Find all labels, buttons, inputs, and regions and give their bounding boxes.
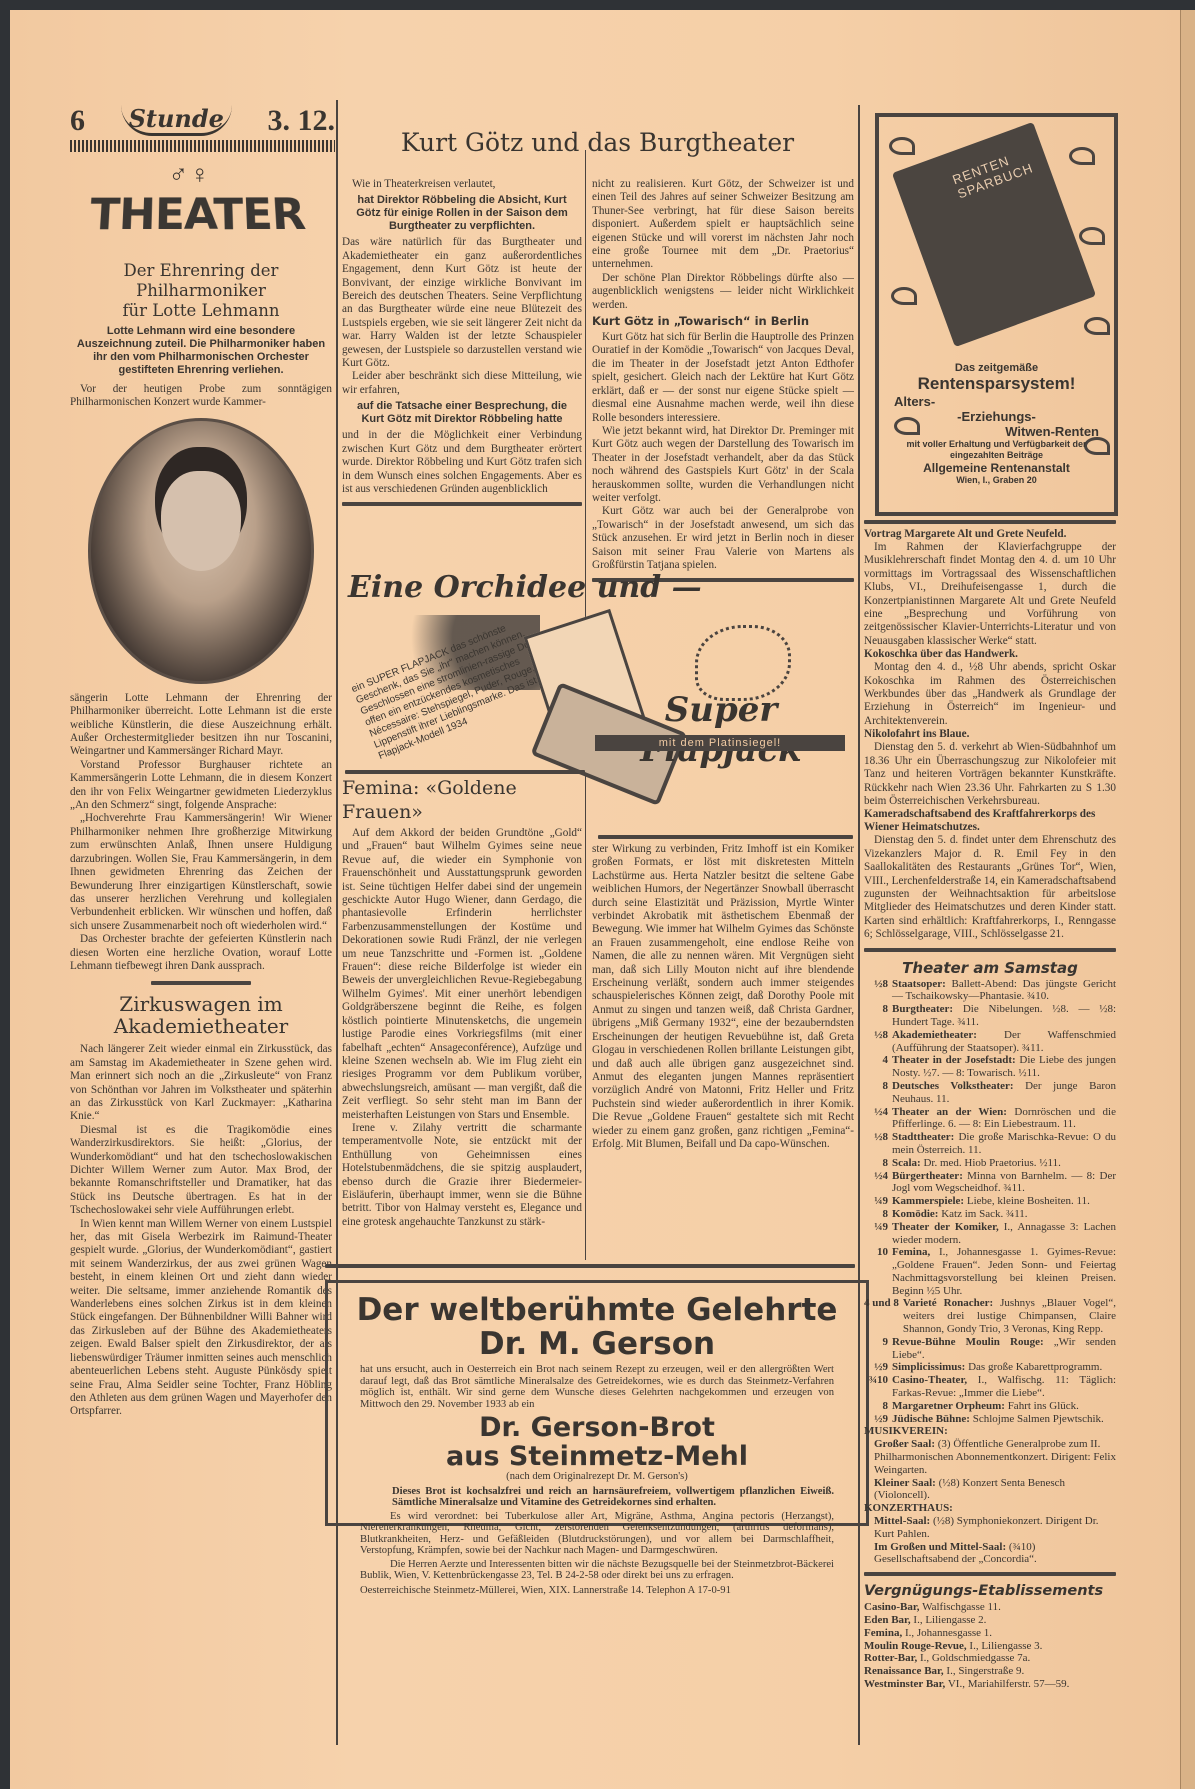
ad-line: Allgemeine Rentenanstalt [894,461,1099,475]
program-entry: Kleiner Saal: (½8) Konzert Senta Benesch… [864,1477,1116,1503]
program-venue: Kleiner Saal: [874,1477,936,1489]
program-text: Liebe, kleine Bosheiten. 11. [967,1195,1090,1207]
program-venue: Theater in der Josefstadt: [892,1054,1016,1066]
ad-line: Alters- [894,394,1099,409]
masthead-stripes [70,140,335,152]
notice-title: Vortrag Margarete Alt und Grete Neufeld. [864,528,1116,541]
ad-rentensparbuch: RENTEN SPARBUCH Das zeitgemäße Rentenspa… [875,113,1118,516]
ad-line: Witwen-Renten [894,424,1099,439]
program-time: ½8 [864,1131,892,1157]
program-entry: Margaretner Orpheum: Fahrt ins Glück. [892,1400,1116,1413]
masthead: 6 Stunde 3. 12. [70,100,335,136]
program-venue: Großer Saal: [874,1438,935,1450]
program-time: ½8 [864,1029,892,1055]
program-entry: Theater an der Wien: Dornröschen und die… [892,1106,1116,1132]
program-venue: Stadttheater: [892,1131,954,1143]
program-time: ½9 [864,1361,892,1374]
program-entry: Simplicissimus: Das große Kabarettprogra… [892,1361,1116,1374]
program-venue: Staatsoper: [892,978,946,990]
program-time: ¾10 [864,1374,892,1400]
program-venue: Deutsches Volkstheater: [892,1080,1014,1092]
program-row: 8Scala: Dr. med. Hiob Praetorius. ½11. [864,1157,1116,1170]
program-entry: Mittel-Saal: (½8) Symphoniekonzert. Diri… [864,1515,1116,1541]
newspaper-logo: Stunde [121,105,232,136]
ad-gerson-p1: Dieses Brot ist kochsalzfrei und reich a… [392,1486,834,1509]
program-entry: Akademietheater: Der Waffenschmied (Auff… [892,1029,1116,1055]
ad-gerson-p3: Die Herren Aerzte und Interessenten bitt… [360,1559,834,1582]
section-divider [864,948,1116,952]
ad-gerson-product-2: aus Steinmetz-Mehl [342,1442,852,1471]
ad-line: Rentensparsystem! [894,374,1099,394]
notice-body: Dienstag den 5. d. verkehrt ab Wien-Südb… [864,741,1116,808]
headline-femina: Femina: «Goldene Frauen» [342,776,582,824]
issue-date: 3. 12. [268,106,336,136]
book-title: RENTEN SPARBUCH [950,141,1050,202]
dancing-couple-icon: ♂♀ [90,160,290,190]
etablissements-list: Casino-Bar, Walfischgasse 11. Eden Bar, … [864,1601,1116,1691]
program-row: ½9Simplicissimus: Das große Kabarettprog… [864,1361,1116,1374]
program-text: Fahrt ins Glück. [1008,1400,1079,1412]
program-time: ¼9 [864,1195,892,1208]
program-time: 8 [864,1208,892,1221]
notice-body: Dienstag den 5. d. findet unter dem Ehre… [864,834,1116,941]
venue-address: I., Liliengasse 3. [969,1640,1042,1652]
headline-zirkus: Zirkuswagen im Akademietheater [70,993,332,1037]
program-row: ¼9Theater der Komiker, I., Annagasse 3: … [864,1221,1116,1247]
program-entry: Femina, I., Johannesgasse 1. Gyimes-Revu… [892,1246,1116,1297]
ad-brand-name: Super Flapjack [590,690,852,770]
program-entry: Staatsoper: Ballett-Abend: Das jüngste G… [892,978,1116,1004]
etablissements-headline: Vergnügungs-Etablissements [864,1582,1116,1601]
program-time: ¼9 [864,1221,892,1247]
paragraph: Irene v. Zilahy vertritt die scharmante … [342,1122,582,1229]
program-row: 4Theater in der Josefstadt: Die Liebe de… [864,1054,1116,1080]
paragraph: Der schöne Plan Direktor Röbbelings dürf… [592,272,854,312]
column-3-femina: ster Wirkung zu verbinden, Fritz Imhoff … [592,843,854,1151]
paragraph: Kurt Götz war auch bei der Generalprobe … [592,505,854,572]
program-venue: Komödie: [892,1208,938,1220]
program-entry: Jüdische Bühne: Schlojme Salmen Pjewtsch… [892,1413,1116,1426]
venue-address: I., Johannesgasse 1. [905,1627,992,1639]
savings-book-icon: RENTEN SPARBUCH [892,122,1096,347]
program-time: ½9 [864,1413,892,1426]
paragraph: Leider aber beschränkt sich diese Mittei… [342,370,582,397]
headline-goetz: Kurt Götz und das Burgtheater [340,128,855,158]
program-time: ½4 [864,1106,892,1132]
program-row: ½4Theater an der Wien: Dornröschen und d… [864,1106,1116,1132]
paragraph: Diesmal ist es die Tragikomödie eines Wa… [70,1124,332,1218]
ad-tagline-bar: mit dem Platinsiegel! [595,735,845,751]
paragraph: sängerin Lotte Lehmann der Ehrenring der… [70,692,332,759]
program-row: 8Margaretner Orpheum: Fahrt ins Glück. [864,1400,1116,1413]
program-time: 8 [864,1400,892,1413]
section-divider [598,835,853,839]
program-venue: Femina, [892,1246,930,1258]
headline-lehmann-1: Der Ehrenring der Philharmoniker [70,261,332,301]
ad-gerson-subtitle: (nach dem Originalrezept Dr. M. Gerson's… [342,1471,852,1483]
notice-body: Montag den 4. d., ½8 Uhr abends, spricht… [864,661,1116,728]
venue-address: Walfischgasse 11. [922,1601,1001,1613]
notice-body: Im Rahmen der Klavierfachgruppe der Musi… [864,541,1116,648]
column-3: nicht zu realisieren. Kurt Götz, der Sch… [592,178,854,588]
program-row: 8Komödie: Katz im Sack. ¾11. [864,1208,1116,1221]
list-item: Renaissance Bar, I., Singerstraße 9. [864,1665,1116,1678]
theater-am-samstag-headline: Theater am Samstag [864,958,1116,978]
venue-address: I., Liliengasse 2. [913,1614,986,1626]
theater-section-logo: ♂♀ THEATER [90,160,290,255]
lead-goetz-2: auf die Tatsache einer Besprechung, die … [346,400,578,426]
ad-gerson-headline-2: Dr. M. Gerson [342,1327,852,1361]
theater-logo-word: THEATER [88,191,292,241]
portrait-photo-lotte-lehmann [88,418,314,684]
ad-headline-orchidee: Eine Orchidee und — [348,570,855,606]
paragraph: ster Wirkung zu verbinden, Fritz Imhoff … [592,843,854,1151]
paragraph: Kurt Götz hat sich für Berlin die Hauptr… [592,331,854,425]
program-text: Das große Kabarettprogramm. [968,1361,1102,1373]
program-text: Dr. med. Hiob Praetorius. ½11. [923,1157,1060,1169]
program-venue: Margaretner Orpheum: [892,1400,1005,1412]
program-row: 8Burgtheater: Die Nibelungen. ½8. — ½8: … [864,1003,1116,1029]
venue-name: Renaissance Bar, [864,1665,944,1677]
program-venue: Bürgertheater: [892,1170,963,1182]
venue-name: Casino-Bar, [864,1601,920,1613]
program-row: ½4Bürgertheater: Minna von Barnhelm. — 8… [864,1170,1116,1196]
program-time: 4 und 8 [864,1297,903,1335]
ad-line: -Erziehungs- [894,409,1099,424]
program-entry: Großer Saal: (3) Öffentliche Generalprob… [864,1438,1116,1476]
mistletoe-ornament-icon [889,137,915,155]
program-venue: Varieté Ronacher: [903,1297,993,1309]
program-time: ½4 [864,1170,892,1196]
program-venue: Akademietheater: [892,1029,977,1041]
program-row: ½8Akademietheater: Der Waffenschmied (Au… [864,1029,1116,1055]
section-divider [345,770,585,774]
program-venue: Jüdische Bühne: [892,1413,970,1425]
program-time: 8 [864,1003,892,1029]
program-entry: Deutsches Volkstheater: Der junge Baron … [892,1080,1116,1106]
program-entry: Stadttheater: Die große Marischka-Revue:… [892,1131,1116,1157]
ad-gerson-headline-1: Der weltberühmte Gelehrte [342,1293,852,1327]
section-divider [864,520,1116,524]
paragraph: Wie in Theaterkreisen verlautet, [342,178,582,191]
program-venue: Scala: [892,1157,921,1169]
section-divider [325,1264,855,1268]
page-number: 6 [70,106,85,136]
program-time: 10 [864,1246,892,1297]
program-entry: Theater der Komiker, I., Annagasse 3: La… [892,1221,1116,1247]
theater-program-list: ½8Staatsoper: Ballett-Abend: Das jüngste… [864,978,1116,1567]
ad-gerson-intro: hat uns ersucht, auch in Oesterreich ein… [360,1364,834,1410]
list-item: Casino-Bar, Walfischgasse 11. [864,1601,1116,1614]
ad-line: Wien, I., Graben 20 [894,475,1099,485]
program-row: ½8Stadttheater: Die große Marischka-Revu… [864,1131,1116,1157]
venue-address: I., Goldschmiedgasse 7a. [920,1652,1030,1664]
list-item: Femina, I., Johannesgasse 1. [864,1627,1116,1640]
ad-renten-text: Das zeitgemäße Rentensparsystem! Alters-… [894,362,1099,485]
program-venue: Revue-Bühne Moulin Rouge: [892,1336,1044,1348]
headline-lehmann-2: für Lotte Lehmann [70,301,332,321]
column-2-femina: Femina: «Goldene Frauen» Auf dem Akkord … [342,776,582,1229]
paragraph: Wie jetzt bekannt wird, hat Direktor Dr.… [592,425,854,505]
list-item: Eden Bar, I., Liliengasse 2. [864,1614,1116,1627]
program-row: ¾10Casino-Theater, I., Walfischg. 11: Tä… [864,1374,1116,1400]
paragraph: Nach längerer Zeit wieder einmal ein Zir… [70,1043,332,1123]
program-entry: Burgtheater: Die Nibelungen. ½8. — ½8: H… [892,1003,1116,1029]
venue-name: Rotter-Bar, [864,1652,917,1664]
musikverein-heading: MUSIKVEREIN: [864,1425,1116,1438]
program-text: Katz im Sack. ¾11. [941,1208,1027,1220]
program-row: ½9Jüdische Bühne: Schlojme Salmen Pjewts… [864,1413,1116,1426]
mistletoe-ornament-icon [1084,317,1110,335]
program-row: 9Revue-Bühne Moulin Rouge: „Wir senden L… [864,1336,1116,1362]
program-time: 9 [864,1336,892,1362]
program-time: 4 [864,1054,892,1080]
lead-goetz: hat Direktor Röbbeling die Absicht, Kurt… [346,194,578,233]
program-entry: Varieté Ronacher: Jushnys „Blauer Vogel“… [903,1297,1116,1335]
program-entry: Scala: Dr. med. Hiob Praetorius. ½11. [892,1157,1116,1170]
program-row: ¼9Kammerspiele: Liebe, kleine Bosheiten.… [864,1195,1116,1208]
ad-gerson-brot: Der weltberühmte Gelehrte Dr. M. Gerson … [325,1280,869,1526]
column-2: Wie in Theaterkreisen verlautet, hat Dir… [342,178,582,512]
ad-gerson-footer: Oesterreichische Steinmetz-Müllerei, Wie… [360,1585,834,1597]
ad-line: Das zeitgemäße [894,362,1099,374]
ad-gerson-p2: Es wird verordnet: bei Tuberkulose aller… [360,1511,834,1557]
program-venue: Theater der Komiker, [892,1221,999,1233]
paragraph: Das Orchester brachte der gefeierten Kün… [70,933,332,973]
notice-title: Kokoschka über das Handwerk. [864,648,1116,661]
page-edge [1180,10,1195,1789]
mistletoe-ornament-icon [1069,147,1095,165]
program-text: Schlojme Salmen Pjewtschik. [973,1413,1104,1425]
paragraph: „Hochverehrte Frau Kammersängerin! Wir W… [70,812,332,933]
venue-address: VI., Mariahilferstr. 57—59. [948,1678,1070,1690]
venue-name: Eden Bar, [864,1614,911,1626]
program-time: 8 [864,1157,892,1170]
program-entry: Kammerspiele: Liebe, kleine Bosheiten. 1… [892,1195,1116,1208]
portrait-face [161,471,241,571]
paragraph: nicht zu realisieren. Kurt Götz, der Sch… [592,178,854,272]
section-divider [864,1572,1116,1576]
program-entry: Revue-Bühne Moulin Rouge: „Wir senden Li… [892,1336,1116,1362]
section-divider [342,502,582,506]
mistletoe-ornament-icon [891,287,917,305]
program-venue: Burgtheater: [892,1003,953,1015]
program-venue: Theater an der Wien: [892,1106,1007,1118]
program-row: ½8Staatsoper: Ballett-Abend: Das jüngste… [864,978,1116,1004]
mistletoe-ornament-icon [1079,227,1105,245]
program-row: 8Deutsches Volkstheater: Der junge Baron… [864,1080,1116,1106]
column-1: ♂♀ THEATER Der Ehrenring der Philharmoni… [70,160,332,1419]
list-item: Westminster Bar, VI., Mariahilferstr. 57… [864,1678,1116,1691]
paragraph: Vor der heutigen Probe zum sonntägigen P… [70,383,332,410]
notice-title: Kameradschaftsabend des Kraftfahrerkorps… [864,808,1116,834]
column-4: Vortrag Margarete Alt und Grete Neufeld.… [864,520,1116,1691]
program-venue: Kammerspiele: [892,1195,964,1207]
subheadline-towarisch: Kurt Götz in „Towarisch“ in Berlin [592,314,854,329]
program-venue: Casino-Theater, [892,1374,967,1386]
section-divider [151,981,251,985]
program-row: 10Femina, I., Johannesgasse 1. Gyimes-Re… [864,1246,1116,1297]
program-row: 4 und 8Varieté Ronacher: Jushnys „Blauer… [864,1297,1116,1335]
ad-super-flapjack: Eine Orchidee und — ein SUPER FLAPJACK d… [340,570,855,795]
program-entry: Casino-Theater, I., Walfischg. 11: Tägli… [892,1374,1116,1400]
paragraph: Das wäre natürlich für das Burgtheater u… [342,236,582,370]
paragraph: Vorstand Professor Burghauser richtete a… [70,759,332,813]
program-time: ½8 [864,978,892,1004]
paragraph: und in der die Möglichkeit einer Verbind… [342,429,582,496]
konzerthaus-heading: KONZERTHAUS: [864,1502,1116,1515]
program-entry: Im Großen und Mittel-Saal: (¾10) Gesells… [864,1541,1116,1567]
venue-name: Westminster Bar, [864,1678,945,1690]
venue-address: I., Singerstraße 9. [946,1665,1024,1677]
paragraph: Auf dem Akkord der beiden Grundtöne „Gol… [342,827,582,1122]
list-item: Moulin Rouge-Revue, I., Liliengasse 3. [864,1640,1116,1653]
program-entry: Bürgertheater: Minna von Barnhelm. — 8: … [892,1170,1116,1196]
notice-title: Nikolofahrt ins Blaue. [864,728,1116,741]
program-time: 8 [864,1080,892,1106]
program-entry: Theater in der Josefstadt: Die Liebe des… [892,1054,1116,1080]
ad-gerson-product-1: Dr. Gerson-Brot [342,1413,852,1442]
program-venue: Im Großen und Mittel-Saal: [874,1541,1006,1553]
program-entry: Komödie: Katz im Sack. ¾11. [892,1208,1116,1221]
venue-name: Femina, [864,1627,902,1639]
program-venue: Mittel-Saal: [874,1515,930,1527]
paragraph: In Wien kennt man Willem Werner von eine… [70,1218,332,1419]
program-venue: Simplicissimus: [892,1361,965,1373]
ad-line: mit voller Erhaltung und Verfügbarkeit d… [894,439,1099,461]
list-item: Rotter-Bar, I., Goldschmiedgasse 7a. [864,1652,1116,1665]
venue-name: Moulin Rouge-Revue, [864,1640,967,1652]
lead-lehmann: Lotte Lehmann wird eine besondere Auszei… [70,325,332,377]
